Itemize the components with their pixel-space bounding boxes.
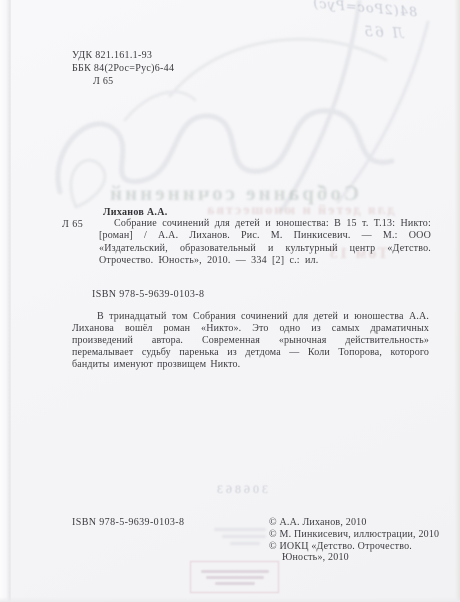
page-right-edge bbox=[454, 0, 460, 602]
stamp-text-smudge bbox=[206, 576, 264, 579]
bib-margin-code: Л 65 bbox=[62, 219, 83, 230]
imprint-text-smudge bbox=[214, 528, 266, 531]
bleedthrough-layer: Собрание сочинений для детей и юношества… bbox=[0, 0, 460, 602]
annotation-paragraph: В тринадцатый том Собрания сочинений для… bbox=[72, 311, 429, 371]
udk-number: УДК 821.161.1-93 bbox=[72, 49, 174, 62]
footer-isbn: ISBN 978-5-9639-0103-8 bbox=[72, 517, 184, 528]
library-stamp-box-bleed bbox=[190, 561, 279, 593]
bleedthrough-series-title: Собрание сочинений bbox=[18, 181, 448, 206]
copyright-line-publisher: © ИОКЦ «Детство. Отрочество. bbox=[269, 541, 439, 553]
page-bottom-edge bbox=[0, 597, 460, 602]
copyright-line-publisher-cont: Юность», 2010 bbox=[282, 552, 439, 564]
imprint-text-smudge bbox=[230, 542, 260, 545]
bibliographic-entry-block: Лиханов А.А. Л 65 Собрание сочинений для… bbox=[62, 207, 431, 268]
handwritten-pencil-note-line1: 84(2Рос=Рус) bbox=[312, 0, 418, 21]
stamp-text-smudge bbox=[201, 570, 269, 573]
bbk-number: ББК 84(2Рос=Рус)6-44 bbox=[72, 62, 174, 75]
isbn-line: ISBN 978-5-9639-0103-8 bbox=[92, 289, 204, 300]
library-stamp-number-bleed: 306863 bbox=[214, 482, 268, 497]
handwritten-pencil-note-line2: Л 65 bbox=[362, 24, 405, 42]
copyright-line-illustrator: © М. Пинкисевич, иллюстрации, 2010 bbox=[269, 529, 439, 541]
bib-entry-row: Л 65 Собрание сочинений для детей и юнош… bbox=[62, 218, 431, 268]
calligraphy-flourish-bleed bbox=[30, 0, 450, 212]
stamp-text-smudge bbox=[215, 582, 255, 585]
page-left-edge bbox=[0, 0, 11, 602]
book-copyright-page-scan: Собрание сочинений для детей и юношества… bbox=[0, 0, 460, 602]
bib-author-name: Лиханов А.А. bbox=[103, 207, 431, 218]
bib-description: Собрание сочинений для детей и юношества… bbox=[99, 218, 431, 268]
author-sign: Л 65 bbox=[93, 75, 174, 88]
imprint-text-smudge bbox=[222, 535, 266, 538]
classification-block: УДК 821.161.1-93 ББК 84(2Рос=Рус)6-44 Л … bbox=[72, 49, 174, 88]
copyright-line-author: © А.А. Лиханов, 2010 bbox=[269, 517, 439, 529]
copyright-block: © А.А. Лиханов, 2010 © М. Пинкисевич, ил… bbox=[269, 517, 439, 564]
